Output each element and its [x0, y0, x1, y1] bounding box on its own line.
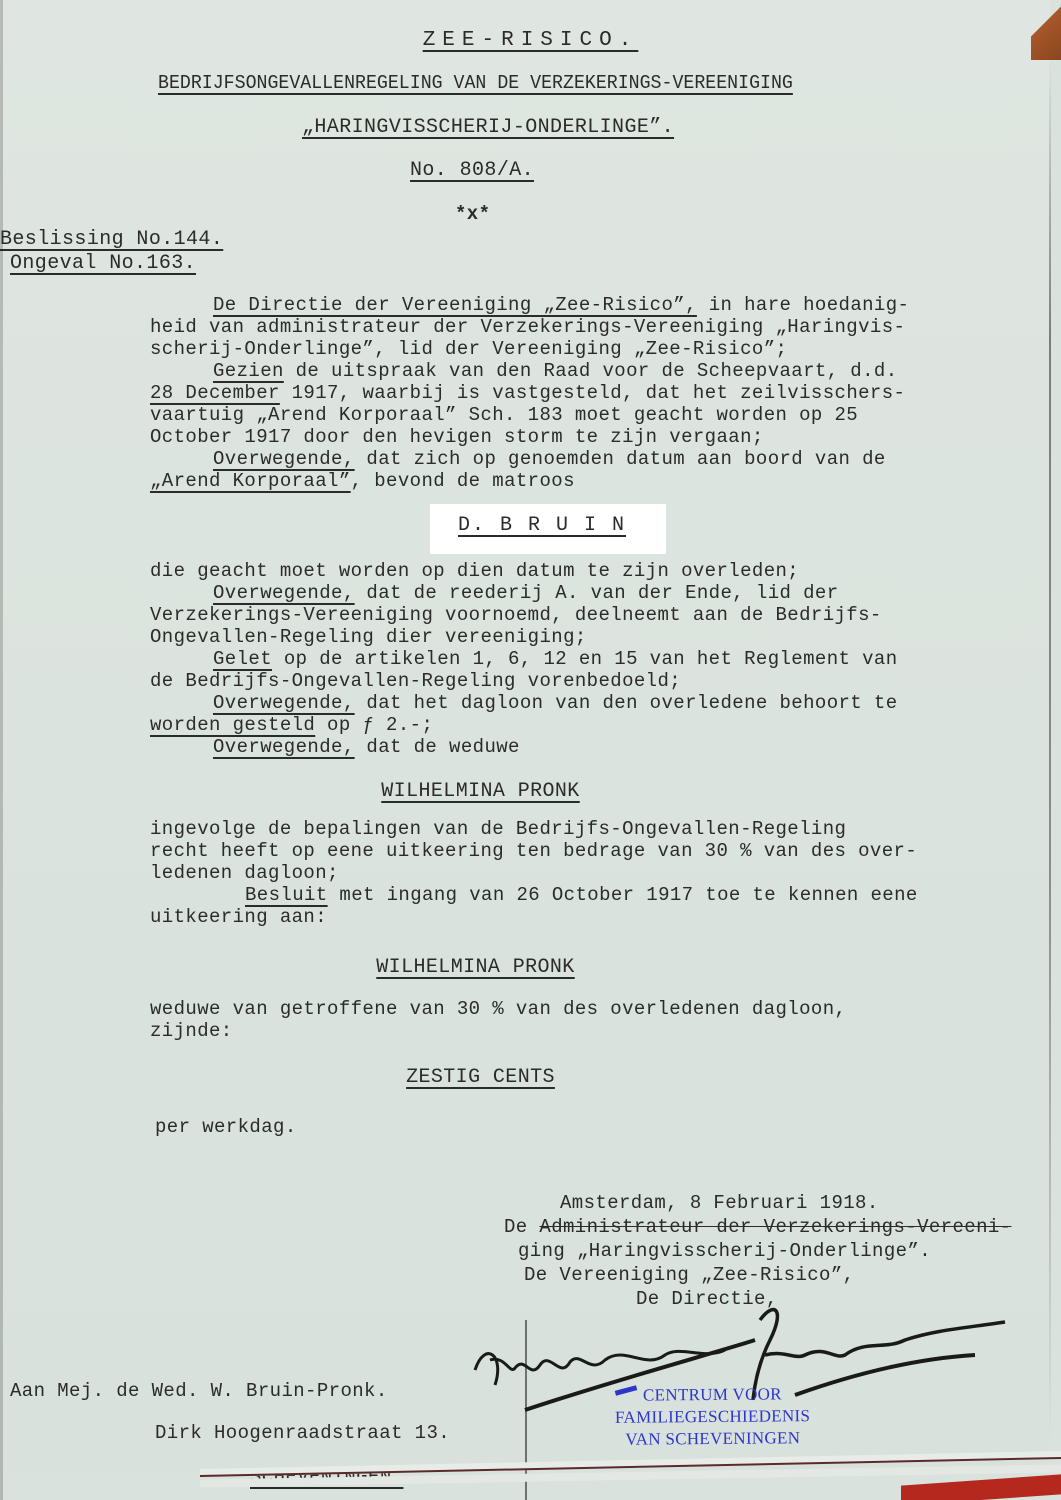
text-line: De Directie der Vereeniging „Zee-Risico”…: [213, 296, 909, 315]
line-text: Verzekerings-Vereeniging voornoemd, deel…: [150, 604, 882, 626]
place-date: Amsterdam, 8 Februari 1918.: [560, 1194, 879, 1213]
line-text: de Bedrijfs-Ongevallen-Regeling vorenbed…: [150, 670, 681, 692]
benefit-amount: ZESTIG CENTS: [0, 1068, 1011, 1088]
text-line: 28 December 1917, waarbij is vastgesteld…: [150, 384, 905, 403]
text-line: de Bedrijfs-Ongevallen-Regeling vorenbed…: [150, 672, 681, 691]
underlined-keyword: Gezien: [213, 360, 284, 382]
document-title: ZEE-RISICO.: [0, 30, 1061, 51]
line-text: recht heeft op eene uitkeering ten bedra…: [150, 840, 917, 862]
stamp-line-1: CENTRUM VOOR: [615, 1383, 810, 1407]
document-number: No. 808/A.: [410, 161, 534, 181]
line-text: Ongevallen-Regeling dier vereeniging;: [150, 626, 587, 648]
widow-name-second: WILHELMINA PRONK: [0, 958, 1006, 978]
text-line: Gezien de uitspraak van den Raad voor de…: [213, 362, 898, 381]
line-text: dat het dagloon van den overledene behoo…: [355, 692, 898, 714]
underlined-keyword: Overwegende,: [213, 582, 355, 604]
underlined-keyword: worden gesteld: [150, 714, 315, 736]
line-text: met ingang van 26 October 1917 toe te ke…: [328, 884, 918, 906]
line-text: in hare hoedanig-: [697, 294, 909, 316]
text-line: ingevolge de bepalingen van de Bedrijfs-…: [150, 820, 846, 839]
underlined-keyword: Overwegende,: [213, 692, 355, 714]
line-text: de uitspraak van den Raad voor de Scheep…: [284, 360, 898, 382]
line-text: op de artikelen 1, 6, 12 en 15 van het R…: [272, 648, 898, 670]
line-text: die geacht moet worden op dien datum te …: [150, 560, 799, 582]
line-text: dat de reederij A. van der Ende, lid der: [355, 582, 839, 604]
stamp-line-3: VAN SCHEVENINGEN: [615, 1427, 810, 1451]
recipient-name: Aan Mej. de Wed. W. Bruin-Pronk.: [10, 1382, 388, 1401]
underlined-keyword: Gelet: [213, 648, 272, 670]
text-line: weduwe van getroffene van 30 % van des o…: [150, 1000, 846, 1019]
line-text: ingevolge de bepalingen van de Bedrijfs-…: [150, 818, 846, 840]
per-workday: per werkdag.: [155, 1118, 297, 1137]
line-text: , bevond de matroos: [351, 470, 575, 492]
closing-line-2: ging „Haringvisscherij-Onderlinge”.: [518, 1242, 931, 1261]
association-name: „HARINGVISSCHERIJ-ONDERLINGE”.: [302, 118, 674, 138]
underlined-keyword: Overwegende,: [213, 736, 355, 758]
text-line: Gelet op de artikelen 1, 6, 12 en 15 van…: [213, 650, 898, 669]
decision-number: Beslissing No.144.: [0, 230, 223, 250]
line-text: 1917, waarbij is vastgesteld, dat het ze…: [280, 382, 906, 404]
line-text: op ƒ 2.-;: [315, 714, 433, 736]
recipient-street: Dirk Hoogenraadstraat 13.: [155, 1424, 450, 1443]
line-text: weduwe van getroffene van 30 % van des o…: [150, 998, 846, 1020]
text-line: uitkeering aan:: [150, 908, 327, 927]
line-text: dat de weduwe: [355, 736, 520, 758]
text-line: Besluit met ingang van 26 October 1917 t…: [245, 886, 918, 905]
line-text: uitkeering aan:: [150, 906, 327, 928]
closing-line-3: De Vereeniging „Zee-Risico”,: [524, 1266, 854, 1285]
text-line: Ongevallen-Regeling dier vereeniging;: [150, 628, 587, 647]
closing-line-1: De Administrateur der Verzekerings-Veree…: [504, 1218, 1011, 1237]
text-line: Overwegende, dat zich op genoemden datum…: [213, 450, 886, 469]
text-line: die geacht moet worden op dien datum te …: [150, 562, 799, 581]
text-line: worden gesteld op ƒ 2.-;: [150, 716, 433, 735]
page-stack-edge: [200, 1460, 1061, 1500]
text-line: Overwegende, dat het dagloon van den ove…: [213, 694, 898, 713]
underlined-keyword: Besluit: [245, 884, 328, 906]
text-line: Verzekerings-Vereeniging voornoemd, deel…: [150, 606, 882, 625]
deceased-name: D. B R U I N: [458, 516, 626, 536]
line-text: ledenen dagloon;: [150, 862, 339, 884]
line-text: scherij-Onderlinge”, lid der Vereeniging…: [150, 338, 787, 360]
line-text: vaartuig „Arend Korporaal” Sch. 183 moet…: [150, 404, 858, 426]
stamp-line-2: FAMILIEGESCHIEDENIS: [615, 1405, 810, 1429]
text-line: heid van administrateur der Verzekerings…: [150, 318, 905, 337]
line-text: October 1917 door den hevigen storm te z…: [150, 426, 764, 448]
underlined-keyword: „Arend Korporaal”: [150, 470, 351, 492]
text-line: recht heeft op eene uitkeering ten bedra…: [150, 842, 917, 861]
text-line: Overwegende, dat de weduwe: [213, 738, 520, 757]
text-line: scherij-Onderlinge”, lid der Vereeniging…: [150, 340, 787, 359]
underlined-keyword: Overwegende,: [213, 448, 355, 470]
text-line: ledenen dagloon;: [150, 864, 339, 883]
accident-number: Ongeval No.163.: [10, 254, 196, 274]
ornament: *x*: [455, 205, 490, 224]
text-line: vaartuig „Arend Korporaal” Sch. 183 moet…: [150, 406, 858, 425]
text-line: Overwegende, dat de reederij A. van der …: [213, 584, 839, 603]
text-line: „Arend Korporaal”, bevond de matroos: [150, 472, 575, 491]
text-line: zijnde:: [150, 1022, 233, 1041]
text-line: October 1917 door den hevigen storm te z…: [150, 428, 764, 447]
underlined-keyword: 28 December: [150, 382, 280, 404]
widow-name-first: WILHELMINA PRONK: [0, 782, 1011, 802]
document-subtitle: BEDRIJFSONGEVALLENREGELING VAN DE VERZEK…: [158, 74, 793, 93]
line-text: zijnde:: [150, 1020, 233, 1042]
line-text: dat zich op genoemden datum aan boord va…: [355, 448, 886, 470]
page-edge: [0, 0, 3, 1500]
page-right-edge: [1049, 60, 1051, 1440]
line-text: heid van administrateur der Verzekerings…: [150, 316, 905, 338]
underlined-keyword: De Directie der Vereeniging „Zee-Risico”…: [213, 294, 697, 316]
archive-stamp: CENTRUM VOOR FAMILIEGESCHIEDENIS VAN SCH…: [615, 1383, 811, 1451]
